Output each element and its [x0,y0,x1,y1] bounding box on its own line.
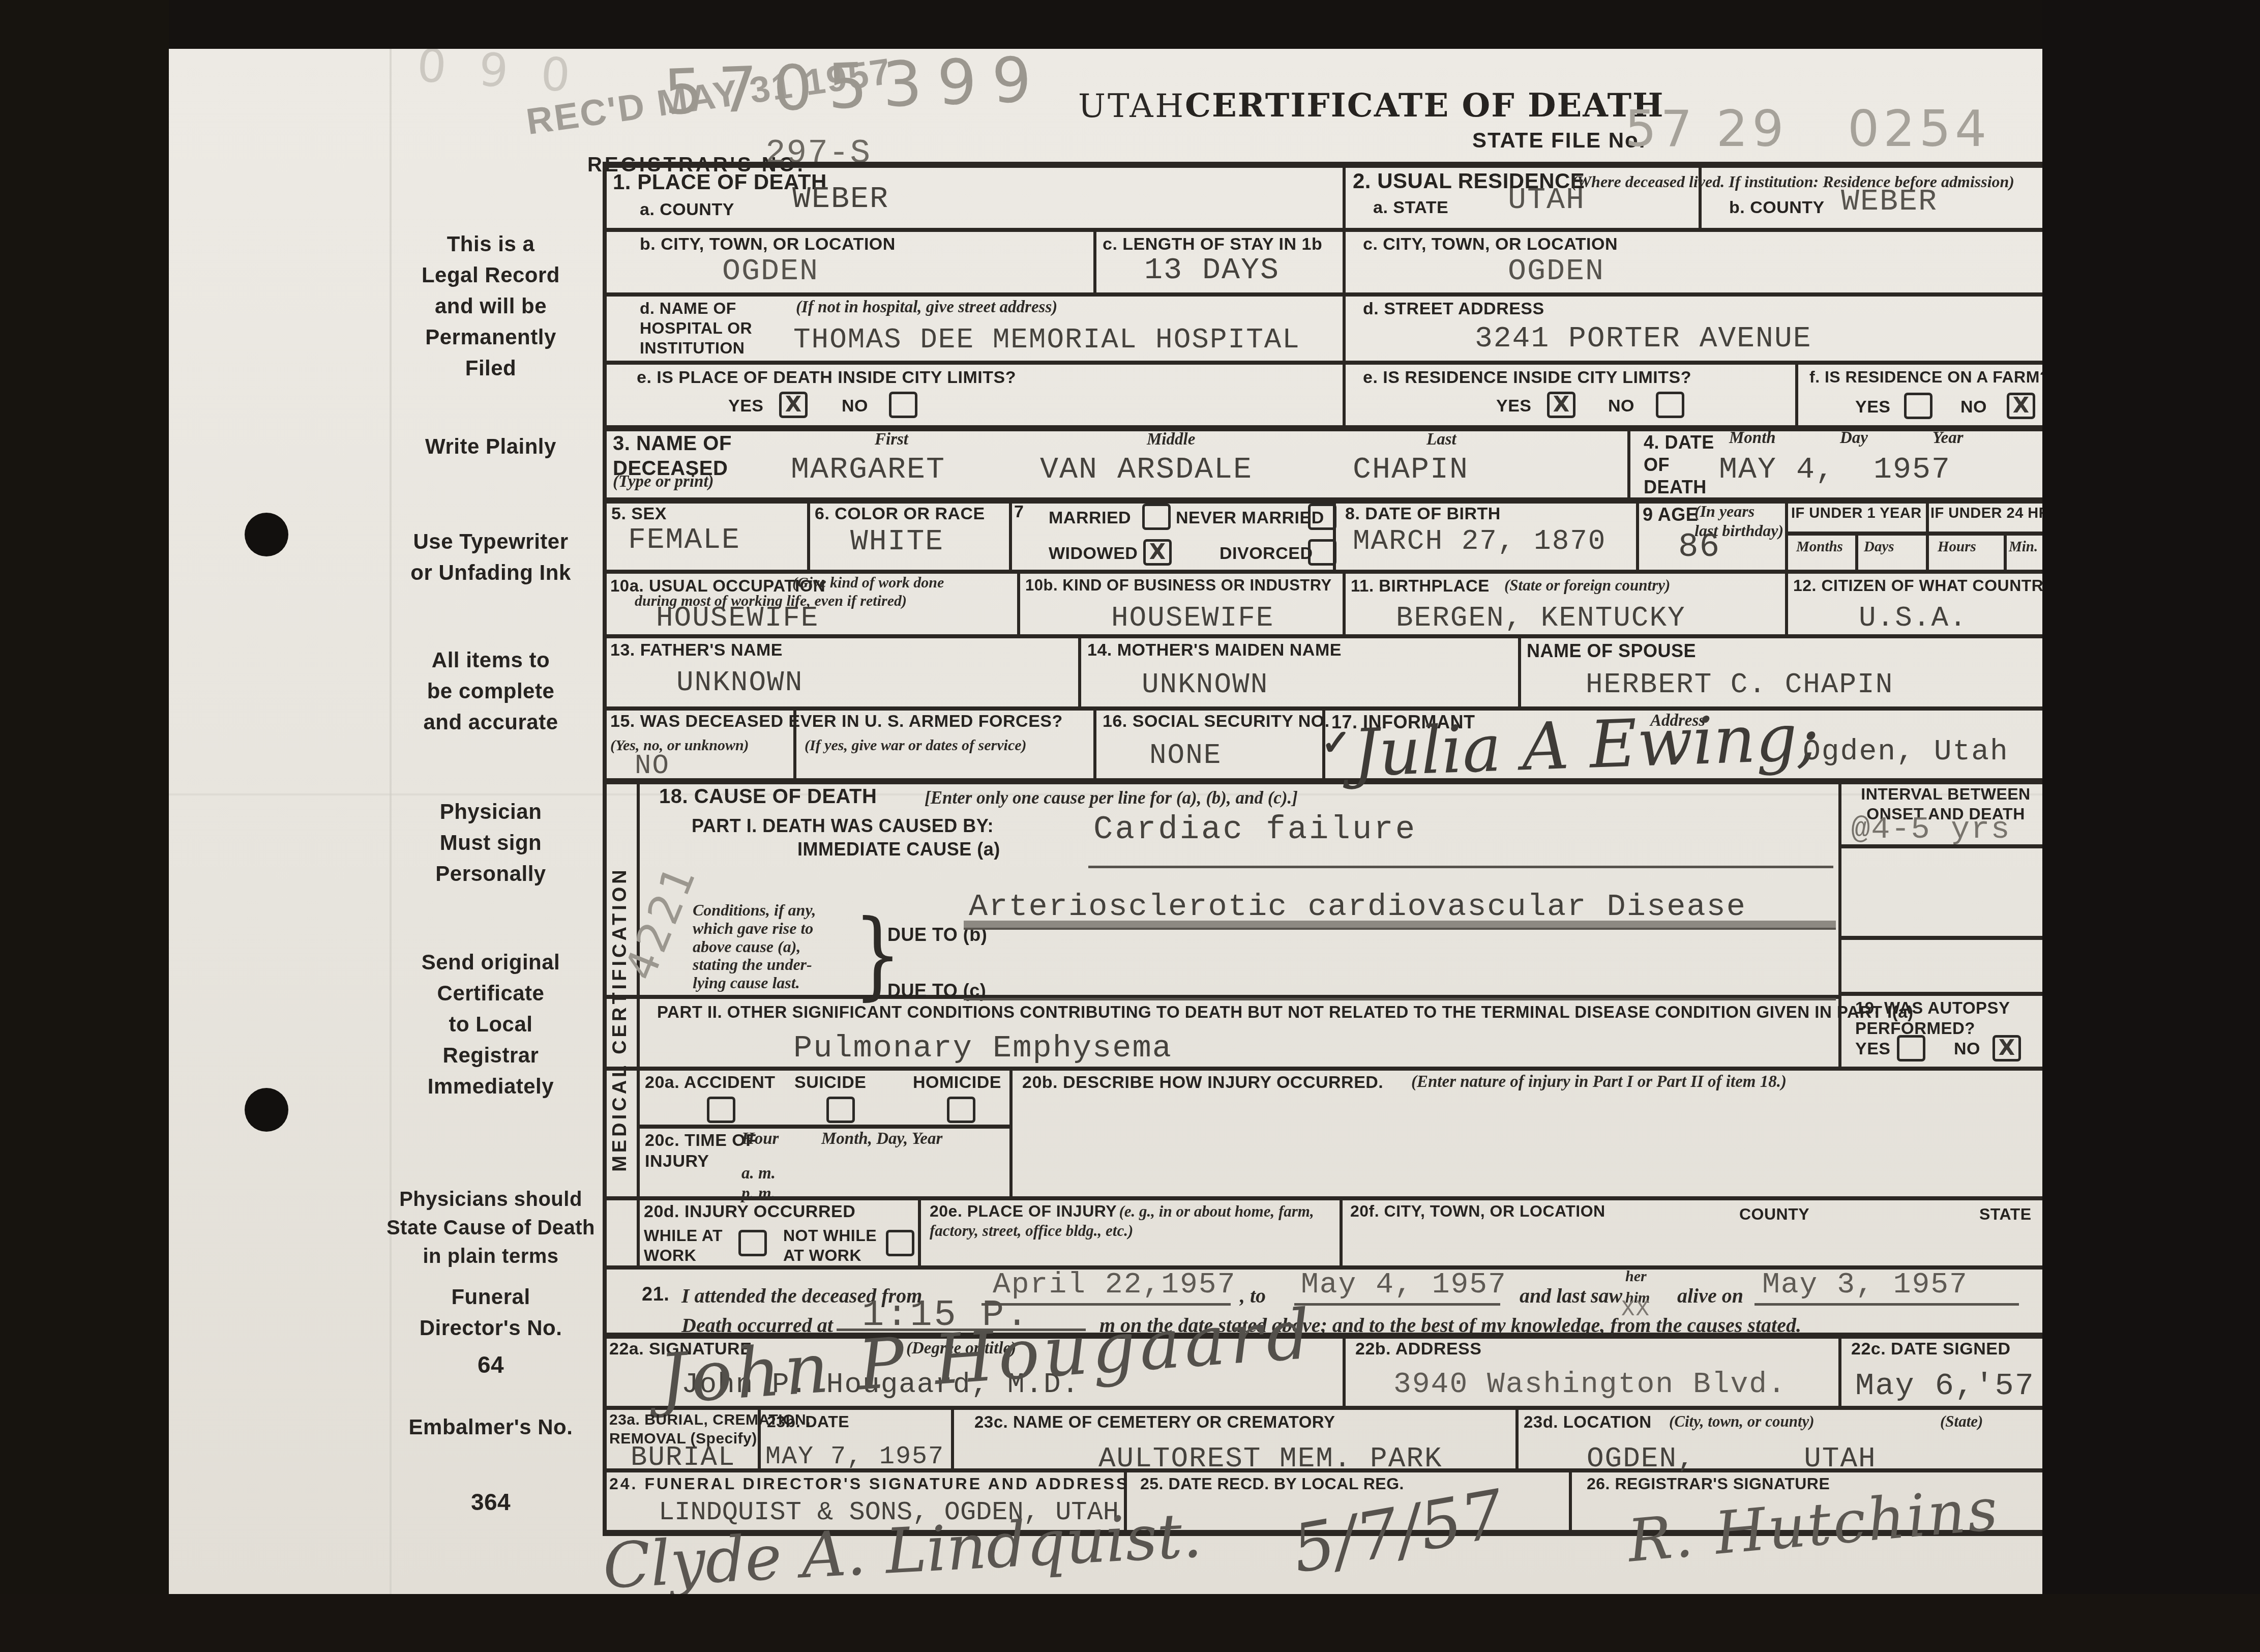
field-18a-value: Cardiac failure [1093,813,1417,848]
field-9-hours-label: Hours [1938,538,1976,556]
entry-underline [964,998,1836,1000]
field-15-note2: (If yes, give war or dates of service) [805,736,1027,755]
field-3-middle-label: Middle [1147,430,1195,450]
grid-line [918,1196,921,1265]
field-13-value: UNKNOWN [676,667,803,698]
grid-line [1343,162,1346,425]
field-20d-while-label: WHILE AT WORK [644,1226,723,1265]
grid-line [1926,497,1929,570]
checkbox-1e-yes: X [779,392,808,418]
grid-line [1093,706,1096,778]
grid-line [603,162,2042,168]
field-2f-yes-label: YES [1855,397,1891,418]
field-21-alive-text: alive on [1677,1284,1743,1308]
field-1a-value: WEBER [792,183,889,216]
field-21-number: 21. [642,1283,669,1306]
field-2e-label: e. IS RESIDENCE INSIDE CITY LIMITS? [1363,367,1691,388]
grid-line [1569,1468,1572,1530]
field-18-part1-label: PART I. DEATH WAS CAUSED BY: [692,815,994,837]
grid-line [1838,1333,1841,1406]
faint-pencil-marks: 0 9 0 [415,43,581,100]
checkbox-20d-notwhile [886,1230,914,1256]
margin-note-send-original: Send original Certificate to Local Regis… [348,947,633,1102]
grid-line [1636,497,1639,570]
field-11-value: BERGEN, KENTUCKY [1396,603,1686,633]
field-15-value: NO [635,752,670,781]
field-11-label: 11. BIRTHPLACE [1351,576,1490,596]
field-3-last-label: Last [1426,430,1456,450]
checkbox-2e-no [1656,392,1684,418]
field-23d-state-label: (State) [1940,1412,1983,1431]
field-25-label: 25. DATE RECD. BY LOCAL REG. [1140,1474,1404,1494]
field-2c-value: OGDEN [1508,255,1604,288]
grid-line [1518,634,1521,706]
medical-certification-side-label: MEDICAL CERTIFICATION [608,778,637,1260]
field-19-no-label: NO [1954,1039,1980,1059]
checkbox-2f-yes [1904,393,1932,419]
grid-line [1838,778,1841,1067]
field-10b-label: 10b. KIND OF BUSINESS OR INDUSTRY [1025,576,1332,595]
field-23a-value: BURIAL [631,1443,735,1473]
grid-line [1627,425,1630,497]
field-3-last-value: CHAPIN [1353,454,1469,487]
checkbox-7-never-married [1308,504,1336,530]
grid-line [807,497,810,570]
field-10a-note1: (Give kind of work done [792,574,944,592]
field-7-married-label: MARRIED [1049,508,1131,528]
field-20d-label: 20d. INJURY OCCURRED [644,1201,855,1222]
field-21-her-word: her [1625,1267,1647,1286]
field-19-yes-label: YES [1855,1039,1891,1059]
field-9-value: 86 [1678,529,1720,565]
field-10b-value: HOUSEWIFE [1111,603,1274,633]
funeral-director-no-value: 64 [348,1350,633,1379]
field-2d-label: d. STREET ADDRESS [1363,299,1544,319]
scan-border-left [0,0,169,1652]
field-18-title: 18. CAUSE OF DEATH [659,784,877,809]
grid-line [1017,570,1020,634]
field-18b-value: Arteriosclerotic cardiovascular Disease [969,890,1746,924]
scanned-death-certificate: 0 9 0 REC'D MAY 31 1957 5705399 REGISTRA… [0,0,2260,1652]
field-26-label: 26. REGISTRAR'S SIGNATURE [1587,1474,1830,1494]
grid-line [603,162,607,1535]
field-23d-value: OGDEN, UTAH [1587,1443,1877,1474]
grid-line [1009,497,1012,570]
field-21-lastseen-value: May 3, 1957 [1762,1270,1968,1302]
pencil-file-digits: 5705399 [663,48,1048,124]
field-20a-homicide-label: HOMICIDE [913,1072,1001,1093]
funeral-director-no-label: Funeral Director's No. [348,1282,633,1344]
entry-underline [1755,1303,2019,1306]
field-3-note: (Type or print) [613,472,714,492]
field-7-divorced-label: DIVORCED [1220,543,1313,564]
grid-line [603,361,2042,365]
field-spouse-value: HERBERT C. CHAPIN [1586,669,1893,700]
field-20d-notwhile-label: NOT WHILE AT WORK [783,1226,877,1265]
field-1a-label: a. COUNTY [640,199,734,220]
field-4-day-label: Day [1840,428,1868,449]
field-20e-label-group: 20e. PLACE OF INJURY (e. g., in or about… [930,1201,1326,1240]
field-20f-state-label: STATE [1979,1204,2032,1224]
embalmer-no-label: Embalmer's No. [348,1414,633,1440]
field-2b-label: b. COUNTY [1729,197,1825,218]
field-23b-label: 23b. DATE [767,1412,849,1432]
field-2a-value: UTAH [1508,184,1585,217]
field-20c-mdy-label: Month, Day, Year [821,1129,942,1149]
entry-underline [1294,1303,1500,1306]
field-4-value: MAY 4, 1957 [1719,454,1951,487]
field-3-middle-value: VAN ARSDALE [1040,454,1253,487]
field-8-label: 8. DATE OF BIRTH [1345,504,1501,524]
grid-line [603,228,2042,232]
field-2c-label: c. CITY, TOWN, OR LOCATION [1363,234,1618,255]
field-6-value: WHITE [850,526,944,558]
field-12-label: 12. CITIZEN OF WHAT COUNTRY? [1793,576,2064,596]
field-1d-value: THOMAS DEE MEMORIAL HOSPITAL [793,324,1300,355]
field-21-lastsaw-text: and last saw [1520,1284,1622,1308]
field-15-label: 15. WAS DECEASED EVER IN U. S. ARMED FOR… [610,711,1063,732]
scan-border-top [0,0,2260,49]
field-7-widowed-label: WIDOWED [1049,543,1138,564]
field-20c-ampm-label: a. m. p. m. [741,1164,776,1204]
field-1d-note: (If not in hospital, give street address… [796,298,1057,318]
field-1c-value: 13 DAYS [1144,254,1280,287]
grid-line [603,1067,2042,1071]
field-1b-value: OGDEN [722,255,819,288]
field-18-conditions-note: Conditions, if any, which gave rise to a… [693,901,816,992]
field-5-value: FEMALE [628,525,740,557]
field-9-days-label: Days [1864,538,1894,556]
field-1e-no-label: NO [842,396,868,417]
field-23c-value: AULTOREST MEM. PARK [1098,1443,1443,1474]
margin-note-typewriter: Use Typewriter or Unfading Ink [348,526,633,588]
check-mark: ✓ [1321,721,1351,763]
entry-underline [964,928,1836,930]
checkbox-20a-suicide [826,1097,855,1123]
checkbox-20a-homicide [947,1097,975,1123]
field-20a-suicide-label: SUICIDE [794,1072,866,1093]
field-2f-no-label: NO [1960,397,1987,418]
field-2b-value: WEBER [1841,186,1938,219]
field-9-label: 9 AGE [1643,504,1698,526]
field-19-label: 19. WAS AUTOPSY PERFORMED? [1855,998,2010,1039]
field-2-title-note: (Where deceased lived. If institution: R… [1571,172,2014,191]
field-10a-value: HOUSEWIFE [656,603,819,633]
scan-border-right [2042,0,2260,1652]
grid-line [2004,532,2007,570]
field-8-value: MARCH 27, 1870 [1353,526,1606,556]
field-14-value: UNKNOWN [1142,669,1268,700]
field-4-label: 4. DATE OF DEATH [1644,431,1714,498]
grid-line [603,1196,2042,1200]
punch-hole [245,513,288,556]
margin-note-legal-record: This is a Legal Record and will be Perma… [348,229,633,383]
field-20f-label: 20f. CITY, TOWN, OR LOCATION [1350,1201,1605,1221]
field-13-label: 13. FATHER'S NAME [610,640,783,661]
field-18-title-note: [Enter only one cause per line for (a), … [925,787,1298,809]
field-11-note: (State or foreign country) [1504,576,1670,595]
field-21-to-value: May 4, 1957 [1301,1270,1507,1302]
field-1e-label: e. IS PLACE OF DEATH INSIDE CITY LIMITS? [637,367,1016,388]
entry-underline [1088,866,1833,868]
grid-line [637,778,640,1265]
checkbox-7-widowed: X [1143,539,1172,566]
field-3-first-label: First [875,430,908,450]
checkbox-7-married [1142,504,1171,530]
grid-line [1785,497,1788,634]
grid-line [603,425,2042,431]
field-18a-label: IMMEDIATE CAUSE (a) [797,838,1000,861]
field-spouse-label: NAME OF SPOUSE [1527,640,1696,662]
grid-line [603,292,2042,297]
field-2d-value: 3241 PORTER AVENUE [1475,323,1812,356]
field-22b-value: 3940 Washington Blvd. [1393,1369,1787,1401]
field-2f-label: f. IS RESIDENCE ON A FARM? [1809,367,2050,387]
field-2e-yes-label: YES [1496,396,1532,417]
title-state: UTAH [1078,87,1185,125]
field-23d-label: 23d. LOCATION [1524,1412,1652,1432]
field-1d-label: d. NAME OF HOSPITAL OR INSTITUTION [640,299,752,358]
field-18-part2-value: Pulmonary Emphysema [793,1031,1172,1066]
scan-border-bottom [0,1594,2260,1652]
field-2a-label: a. STATE [1373,197,1448,218]
checkbox-2e-yes: X [1547,392,1575,418]
grid-line [1343,1333,1346,1406]
field-1c-label: c. LENGTH OF STAY IN 1b [1103,234,1322,255]
field-22c-value: May 6,'57 [1855,1369,2035,1403]
state-file-label: STATE FILE No. [1472,127,1646,153]
field-18-part2-label: PART II. OTHER SIGNIFICANT CONDITIONS CO… [657,1002,1914,1022]
field-23c-label: 23c. NAME OF CEMETERY OR CREMATORY [974,1412,1335,1432]
field-6-label: 6. COLOR OR RACE [815,504,985,524]
field-22b-label: 22b. ADDRESS [1355,1339,1481,1360]
grid-line [603,570,2042,574]
field-7-number: 7 [1014,501,1024,522]
field-1b-label: b. CITY, TOWN, OR LOCATION [640,234,896,255]
embalmer-no-value: 364 [348,1488,633,1516]
margin-note-physician-sign: Physician Must sign Personally [348,796,633,890]
margin-note-complete: All items to be complete and accurate [348,645,633,738]
field-24-label: 24. FUNERAL DIRECTOR'S SIGNATURE AND ADD… [609,1474,1129,1494]
punch-hole [245,1088,288,1132]
checkbox-20d-while [738,1230,767,1256]
field-2e-no-label: NO [1608,396,1634,417]
grid-line [603,634,2042,638]
field-20e-label: 20e. PLACE OF INJURY [930,1202,1117,1220]
informant-signature: Julia A Ewing; [1352,705,1820,786]
grid-line [1009,1067,1013,1196]
field-3-first-value: MARGARET [791,454,945,487]
grid-line [1340,1196,1343,1265]
interval-value: @4-5 yrs [1851,813,2011,847]
field-15-note1: (Yes, no, or unknown) [610,736,749,755]
grid-line [1838,992,2042,996]
grid-line [1093,228,1096,292]
checkbox-7-divorced [1308,539,1336,566]
grid-line [603,778,2042,784]
page-title: CERTIFICATE OF DEATH [1185,86,1664,125]
field-22c-label: 22c. DATE SIGNED [1851,1339,2010,1360]
field-12-value: U.S.A. [1859,603,1968,633]
field-17-address-value: Ogden, Utah [1803,736,2009,769]
grid-line [951,1406,954,1468]
field-1e-yes-label: YES [728,396,764,417]
field-20a-accident-label: 20a. ACCIDENT [645,1072,776,1093]
checkbox-20a-accident [707,1097,735,1123]
state-file-value: 57 29 0254 [1625,104,1990,154]
grid-line [1343,570,1346,634]
field-4-year-label: Year [1932,428,1964,449]
checkbox-2f-no: X [2007,393,2035,419]
grid-line [1855,532,1858,570]
field-9-under1-label: IF UNDER 1 YEAR [1791,505,1922,522]
grid-line [1838,936,2042,940]
grid-line [1795,361,1798,425]
field-4-month-label: Month [1729,428,1776,449]
field-20c-label: 20c. TIME OF INJURY [645,1130,757,1172]
field-16-label: 16. SOCIAL SECURITY NO. [1103,711,1330,732]
grid-line [637,1125,1009,1129]
grid-line [1078,634,1081,706]
field-7-never-married-label: NEVER MARRIED [1176,508,1324,528]
field-16-value: NONE [1149,740,1222,771]
checkbox-19-no: X [1993,1035,2021,1061]
field-14-label: 14. MOTHER'S MAIDEN NAME [1087,640,1342,661]
field-20b-label: 20b. DESCRIBE HOW INJURY OCCURRED. [1022,1072,1383,1093]
grid-line [603,497,2042,504]
entry-underline [964,921,1836,928]
checkbox-1e-no [889,392,917,418]
margin-note-write-plainly: Write Plainly [348,433,633,459]
field-20b-note: (Enter nature of injury in Part I or Par… [1411,1072,1787,1093]
field-23d-note: (City, town, or county) [1669,1412,1815,1431]
checkbox-19-yes [1897,1035,1925,1061]
field-9-min-label: Min. [2009,538,2038,556]
field-20f-county-label: COUNTY [1739,1204,1809,1224]
field-5-label: 5. SEX [611,504,667,524]
grid-line [1515,1406,1519,1468]
field-9-months-label: Months [1796,538,1843,556]
field-23b-value: MAY 7, 1957 [765,1443,944,1471]
field-20c-hour-label: Hour [741,1129,779,1149]
